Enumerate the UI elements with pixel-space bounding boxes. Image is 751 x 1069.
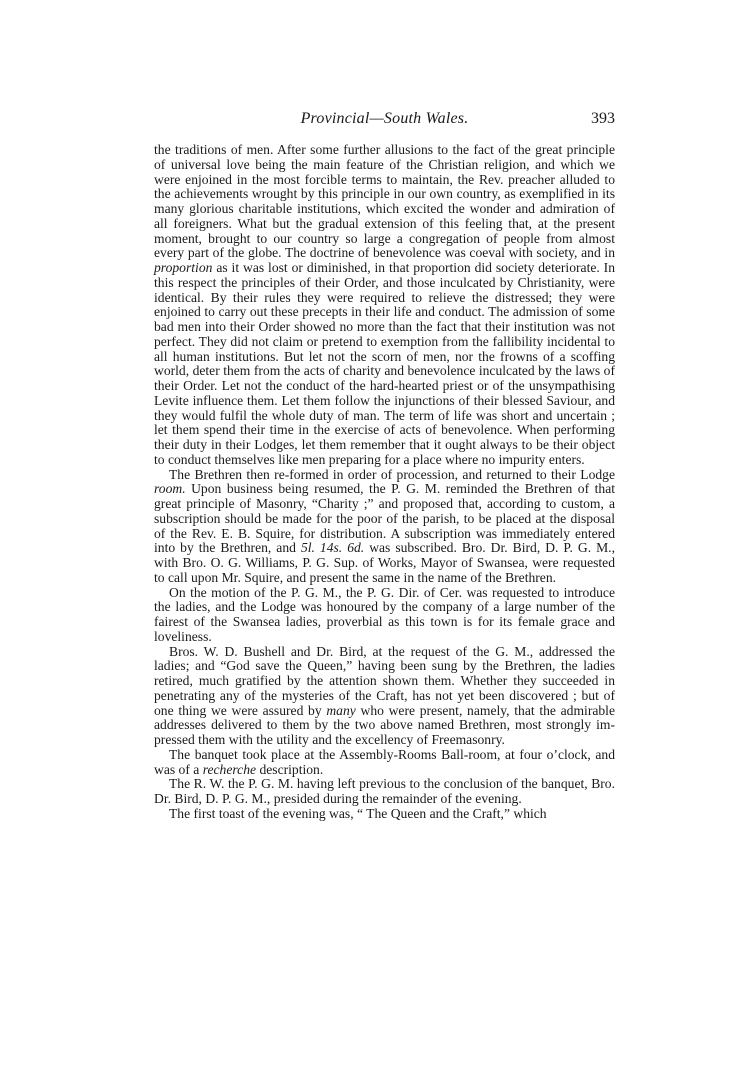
book-page: Provincial—South Wales. 393 the traditio… bbox=[0, 0, 751, 1069]
running-head: Provincial—South Wales. 393 bbox=[154, 110, 615, 130]
paragraph: the traditions of men. After some furthe… bbox=[154, 143, 615, 468]
italic-text: 5l. 14s. 6d. bbox=[301, 540, 364, 555]
paragraph: The Brethren then re-formed in order of … bbox=[154, 468, 615, 586]
text-run: the traditions of men. After some furthe… bbox=[154, 142, 615, 260]
body-text: the traditions of men. After some furthe… bbox=[154, 143, 615, 822]
paragraph: The first toast of the evening was, “ Th… bbox=[154, 807, 615, 822]
running-title: Provincial—South Wales. bbox=[154, 110, 615, 128]
text-run: The first toast of the evening was, “ Th… bbox=[169, 806, 547, 821]
italic-text: many bbox=[326, 703, 355, 718]
text-run: as it was lost or diminished, in that pr… bbox=[154, 260, 615, 467]
paragraph: The R. W. the P. G. M. having left previ… bbox=[154, 777, 615, 807]
text-run: The R. W. the P. G. M. having left previ… bbox=[154, 776, 615, 806]
page-number: 393 bbox=[591, 110, 615, 128]
paragraph: Bros. W. D. Bushell and Dr. Bird, at the… bbox=[154, 645, 615, 748]
text-run: On the motion of the P. G. M., the P. G.… bbox=[154, 585, 615, 644]
paragraph: On the motion of the P. G. M., the P. G.… bbox=[154, 586, 615, 645]
text-run: description. bbox=[256, 762, 323, 777]
italic-text: recherche bbox=[203, 762, 256, 777]
text-run: The Brethren then re-formed in order of … bbox=[169, 467, 615, 482]
italic-text: proportion bbox=[154, 260, 212, 275]
paragraph: The banquet took place at the Assembly-R… bbox=[154, 748, 615, 778]
italic-text: room. bbox=[154, 481, 186, 496]
